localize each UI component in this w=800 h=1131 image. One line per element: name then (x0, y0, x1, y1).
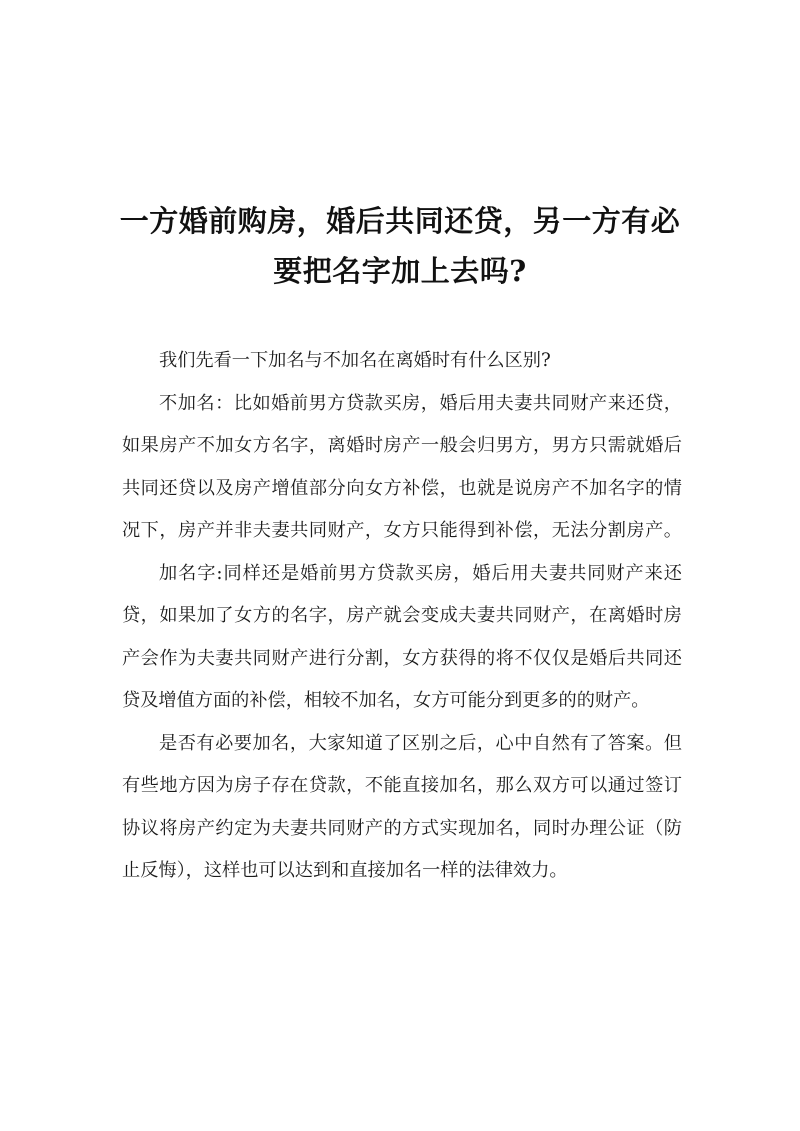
paragraph-with-name: 加名字:同样还是婚前男方贷款买房，婚后用夫妻共同财产来还 贷，如果加了女方的名字… (122, 553, 682, 723)
paragraph-line: 贷，如果加了女方的名字，房产就会变成夫妻共同财产，在离婚时房 (122, 595, 682, 638)
paragraph-line: 协议将房产约定为夫妻共同财产的方式实现加名，同时办理公证（防 (122, 808, 682, 851)
paragraph-line: 加名字:同样还是婚前男方贷款买房，婚后用夫妻共同财产来还 (122, 553, 682, 596)
document-page: 一方婚前购房，婚后共同还贷，另一方有必 要把名字加上去吗? 我们先看一下加名与不… (0, 0, 800, 1131)
title-line-2: 要把名字加上去吗? (110, 246, 690, 296)
paragraph-without-name: 不加名：比如婚前男方贷款买房，婚后用夫妻共同财产来还贷， 如果房产不加女方名字，… (122, 383, 682, 553)
paragraph-line: 共同还贷以及房产增值部分向女方补偿，也就是说房产不加名字的情 (122, 468, 682, 511)
paragraph-conclusion: 是否有必要加名，大家知道了区别之后，心中自然有了答案。但 有些地方因为房子存在贷… (122, 723, 682, 893)
paragraph-line: 止反悔），这样也可以达到和直接加名一样的法律效力。 (122, 850, 682, 893)
paragraph-line: 不加名：比如婚前男方贷款买房，婚后用夫妻共同财产来还贷， (122, 383, 682, 426)
paragraph-line: 有些地方因为房子存在贷款，不能直接加名，那么双方可以通过签订 (122, 765, 682, 808)
document-title: 一方婚前购房，婚后共同还贷，另一方有必 要把名字加上去吗? (110, 196, 690, 296)
paragraph-line: 贷及增值方面的补偿，相较不加名，女方可能分到更多的的财产。 (122, 680, 682, 723)
paragraph-line: 况下，房产并非夫妻共同财产，女方只能得到补偿，无法分割房产。 (122, 510, 682, 553)
paragraph-intro-question: 我们先看一下加名与不加名在离婚时有什么区别? (122, 340, 682, 383)
title-line-1: 一方婚前购房，婚后共同还贷，另一方有必 (110, 196, 690, 246)
paragraph-line: 是否有必要加名，大家知道了区别之后，心中自然有了答案。但 (122, 723, 682, 766)
paragraph-line: 如果房产不加女方名字，离婚时房产一般会归男方，男方只需就婚后 (122, 425, 682, 468)
paragraph-line: 产会作为夫妻共同财产进行分割，女方获得的将不仅仅是婚后共同还 (122, 638, 682, 681)
paragraph-line: 我们先看一下加名与不加名在离婚时有什么区别? (122, 340, 682, 383)
document-body: 我们先看一下加名与不加名在离婚时有什么区别? 不加名：比如婚前男方贷款买房，婚后… (122, 340, 682, 893)
